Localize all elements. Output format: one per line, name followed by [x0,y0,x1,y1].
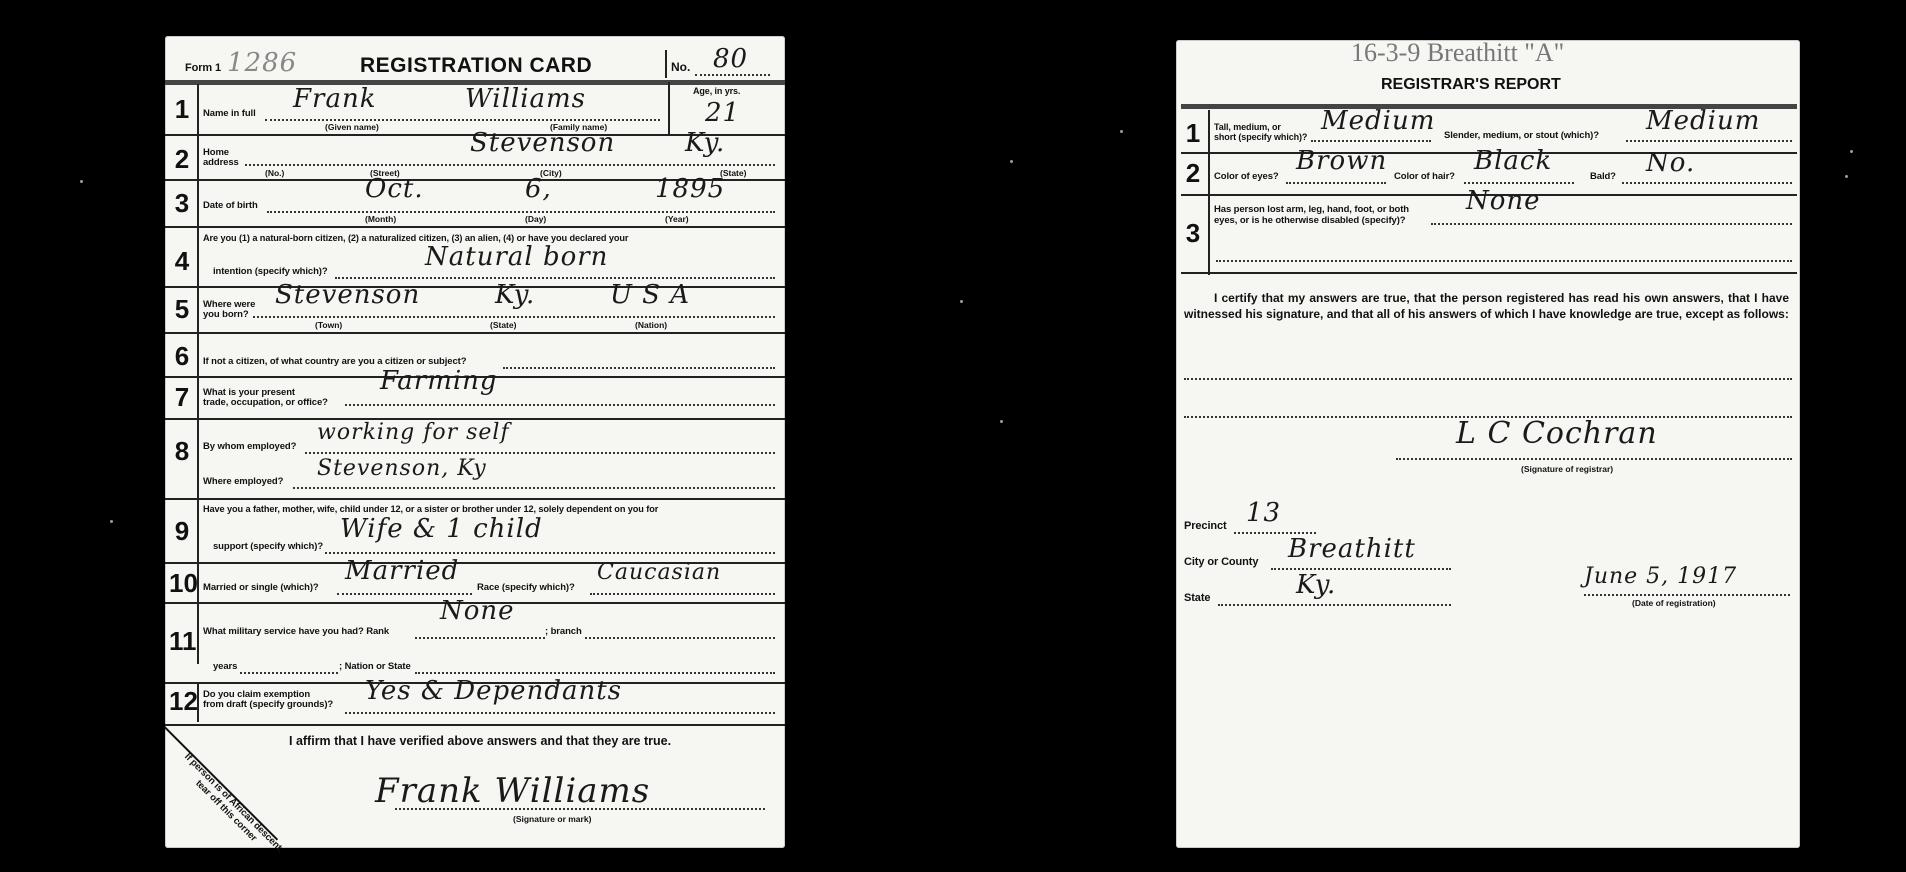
race-label: Race (specify which)? [477,582,575,593]
race-value: Caucasian [597,560,721,585]
row-number: 11 [169,626,191,657]
precinct-value: 13 [1246,498,1281,528]
precinct-label: Precinct [1184,520,1227,532]
birth-nation: U S A [610,280,690,310]
workplace-value: Stevenson, Ky [317,456,487,481]
county-stamp: 16-3-9 Breathitt "A" [1351,38,1564,68]
citizenship-label: intention (specify which)? [213,266,328,277]
occupation-label: What is your presenttrade, occupation, o… [203,388,328,408]
film-speck [80,180,83,183]
row-number: 3 [171,188,193,219]
build-label: Slender, medium, or stout (which)? [1444,130,1599,141]
dependents-question: Have you a father, mother, wife, child u… [203,504,658,514]
disability-value: None [1466,186,1541,216]
registrant-signature: Frank Williams [375,771,650,811]
row-number: 7 [171,382,193,413]
marital-value: Married [345,556,459,586]
row-number: 6 [171,341,193,372]
occupation-value: Farming [380,366,498,396]
film-speck [1000,420,1003,423]
film-speck [110,520,113,523]
branch-label: ; branch [545,626,582,637]
given-name-caption: (Given name) [325,122,379,132]
age-label: Age, in yrs. [693,86,740,96]
hair-color-value: Black [1474,146,1552,176]
bald-value: No. [1646,148,1695,178]
row-number: 12 [169,686,191,717]
birth-town: Stevenson [275,280,420,310]
city-county-value: Breathitt [1288,534,1416,564]
home-address-label: Homeaddress [203,148,239,168]
height-label: Tall, medium, orshort (specify which)? [1214,122,1307,142]
hair-color-label: Color of hair? [1394,171,1455,182]
years-label: years [213,661,237,672]
workplace-label: Where employed? [203,476,283,487]
row-number: 1 [1182,118,1204,149]
card-title: REGISTRATION CARD [360,54,592,78]
row-number: 2 [171,144,193,175]
film-speck [1850,150,1853,153]
serial-number: 1286 [227,48,297,78]
exemption-value: Yes & Dependants [365,676,622,706]
dob-day: 6, [525,174,552,204]
bald-label: Bald? [1590,171,1616,182]
eye-color-label: Color of eyes? [1214,171,1279,182]
caption: (Month) [365,214,396,224]
row-number: 10 [169,568,191,599]
home-state: Ky. [685,128,725,158]
height-value: Medium [1321,106,1435,136]
caption: (Year) [665,214,689,224]
dependents-label: support (specify which)? [213,541,323,552]
registrar-signature: L C Cochran [1456,416,1658,451]
marital-label: Married or single (which)? [203,582,319,593]
home-city: Stevenson [470,128,615,158]
given-name: Frank [293,84,376,114]
registration-date-caption: (Date of registration) [1632,598,1716,608]
nation-state-label: ; Nation or State [339,661,411,672]
film-speck [960,300,963,303]
registrar-signature-caption: (Signature of registrar) [1521,464,1613,474]
family-name: Williams [465,84,586,114]
exemption-label: Do you claim exemptionfrom draft (specif… [203,690,333,710]
film-speck [1845,175,1848,178]
no-label: No. [671,60,690,74]
row-number: 5 [171,294,193,325]
dob-label: Date of birth [203,200,258,211]
state-value: Ky. [1296,570,1336,600]
affirmation-text: I affirm that I have verified above answ… [289,734,671,748]
row-number: 3 [1182,218,1204,249]
row-number: 8 [171,436,193,467]
film-speck [1010,160,1013,163]
caption: (Town) [315,320,342,330]
eye-color-value: Brown [1296,146,1387,176]
citizenship-value: Natural born [425,242,608,272]
military-rank-value: None [440,596,515,626]
employer-label: By whom employed? [203,441,296,452]
caption: (Day) [525,214,546,224]
form-label: Form 1 [185,62,221,74]
registrars-report-card: 16-3-9 Breathitt "A" REGISTRAR'S REPORT … [1176,40,1800,848]
row-number: 9 [171,516,193,547]
birthplace-label: Where wereyou born? [203,300,255,320]
dependents-value: Wife & 1 child [340,514,543,544]
state-label: State [1184,592,1210,604]
certification-text: I certify that my answers are true, that… [1184,290,1789,322]
caption: (Nation) [635,320,667,330]
card-number: 80 [713,44,748,74]
disability-label: Has person lost arm, leg, hand, foot, or… [1214,204,1409,226]
employer-value: working for self [317,420,510,445]
registration-card: Form 1 1286 REGISTRATION CARD No. 80 1 N… [165,36,785,848]
city-county-label: City or County [1184,556,1258,568]
dob-month: Oct. [365,174,424,204]
build-value: Medium [1646,106,1760,136]
name-label: Name in full [203,108,256,119]
report-title: REGISTRAR'S REPORT [1381,76,1561,94]
row-number: 1 [171,94,193,125]
film-speck [1120,130,1123,133]
registration-date: June 5, 1917 [1584,564,1737,589]
birth-state: Ky. [495,280,535,310]
signature-caption: (Signature or mark) [513,814,591,824]
caption: (No.) [265,168,284,178]
military-label: What military service have you had? Rank [203,626,389,637]
row-number: 4 [171,246,193,277]
row-number: 2 [1182,158,1204,189]
dob-year: 1895 [655,174,725,204]
corner-note: If person is of African descent, tear of… [173,750,288,865]
caption: (State) [490,320,516,330]
age-value: 21 [705,98,740,128]
